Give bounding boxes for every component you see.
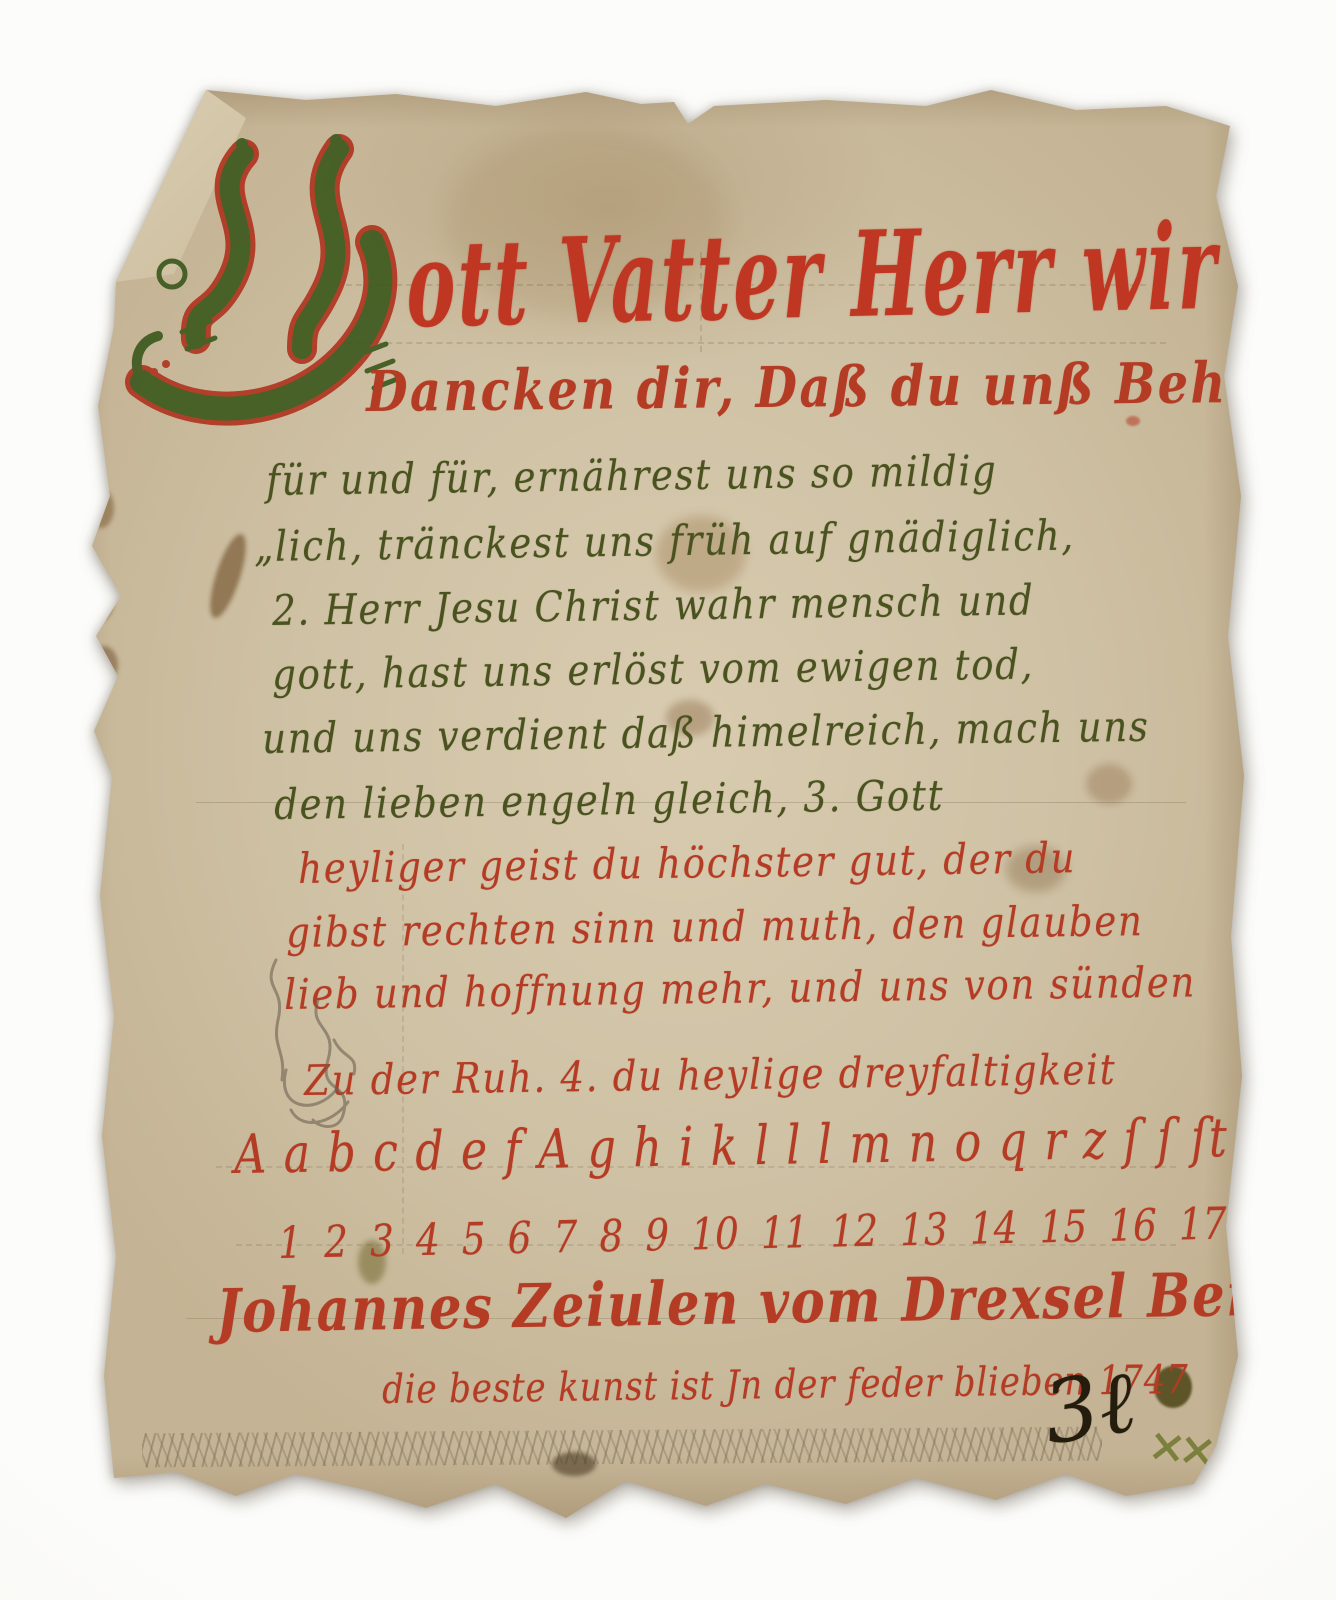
verse-line: Zu der Ruh. 4. du heylige dreyfaltigkeit [304,1049,1117,1102]
red-ink-splatter [1126,416,1140,426]
stain [90,646,118,684]
verse-line: gott, hast uns erlöst vom ewigen tod, [272,643,1034,696]
manuscript-leaf: G ott Vatter Herr wir Dancken dir, Daß d… [66,76,1246,1526]
verse-line: den lieben engeln gleich, 3. Gott [274,775,944,826]
verse-line: „lich, tränckest uns früh auf gnädiglich… [254,515,1075,568]
stain [626,86,634,94]
pencil-doodle [256,942,386,1132]
stain [88,488,114,528]
ink-flourish-mark: 3ℓ [1037,1352,1142,1465]
stain [203,530,253,621]
photo-background: G ott Vatter Herr wir Dancken dir, Daß d… [0,0,1336,1600]
verse-line: gibst rechten sinn und muth, den glauben [286,900,1144,954]
stain [1122,84,1134,98]
alphabet-line: A a b c d e f A g h i k l l l m n o q r … [234,1110,1294,1182]
stain [1086,764,1132,804]
green-cross-marks: ×× [1145,1416,1212,1477]
verse-line: heyliger geist du höchster gut, der du [298,837,1076,890]
signature-line: Johannes Zeiulen vom Drexsel Berg [216,1264,1293,1342]
verse-line: Dancken dir, Daß du unß Behütest [366,354,1336,420]
verse-line: 2. Herr Jesu Christ wahr mensch und [272,579,1035,632]
verse-line: und uns verdient daß himelreich, mach un… [262,706,1150,760]
stain [82,576,114,622]
pencil-zigzag-border [142,1427,1102,1468]
initial-letter: G [66,76,67,77]
heading-text: ott Vatter Herr wir [406,208,1219,344]
paper-sheet: G ott Vatter Herr wir Dancken dir, Daß d… [66,76,1246,1526]
numbers-line: 1 2 3 4 5 6 7 8 9 10 11 12 13 14 15 16 1… [278,1203,1227,1266]
verse-line: lieb und hoffnung mehr, und uns von sünd… [284,961,1196,1016]
verse-line: für und für, ernährest uns so mildig [266,450,998,502]
